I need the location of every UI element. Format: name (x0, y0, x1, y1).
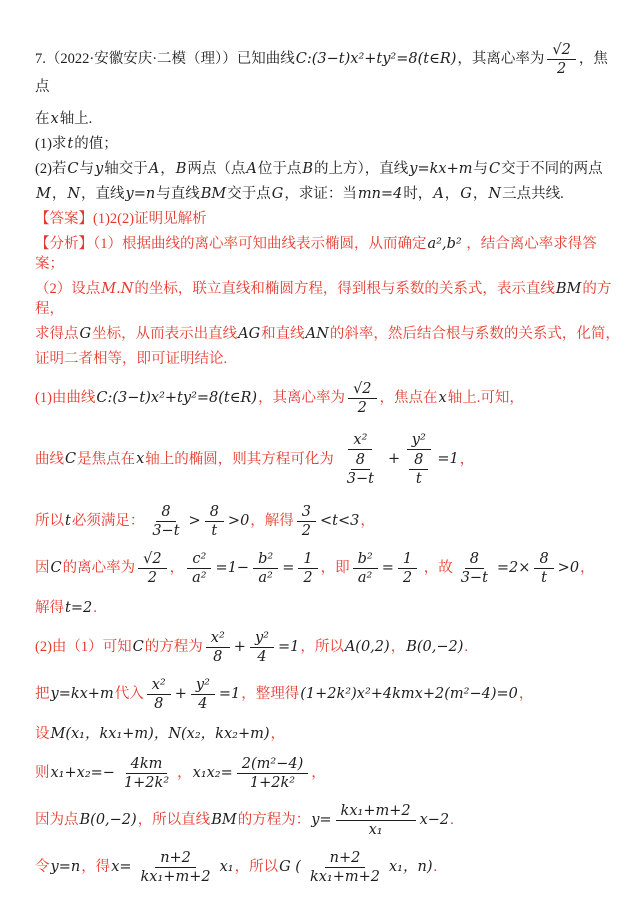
math-text: a² (357, 570, 373, 586)
math-text: C (66, 161, 79, 177)
cjk-text: ， (311, 765, 326, 781)
fraction-numerator: x² (147, 677, 171, 695)
math-text: B (301, 161, 314, 177)
fraction-denominator: 3−t (342, 470, 379, 487)
fraction-numerator: 1 (398, 551, 417, 569)
cjk-text: 把 (35, 686, 50, 702)
fraction: b²a² (253, 551, 278, 586)
cjk-text: 的方程为： (238, 812, 311, 828)
cjk-text: 证明二者相等，即可证明结论. (35, 351, 227, 367)
math-text: B(0,−2) (405, 639, 464, 655)
fraction: √22 (138, 551, 166, 586)
math-text: 2 (357, 400, 368, 416)
document-line-5: M，N，直线y=n与直线BM交于点G，求证：当mn=4时，A，G，N三点共线. (35, 184, 622, 204)
math-text: b² (357, 551, 374, 567)
math-text: BM (200, 186, 228, 202)
math-text: 2 (556, 61, 567, 77)
math-text: =1 (218, 686, 241, 702)
math-text: 1 (302, 551, 313, 567)
fraction: 12 (398, 551, 417, 586)
math-text: a² (191, 570, 207, 586)
math-text: y=kx+m (50, 686, 115, 702)
cjk-text: 的值； (74, 136, 118, 152)
math-text: =1 (277, 639, 300, 655)
fraction-numerator: n+2 (325, 850, 366, 868)
math-text: M.N (100, 281, 134, 297)
cjk-text: ，其离心率为 (258, 390, 345, 406)
fraction-denominator: a² (253, 569, 277, 586)
document-line-16: (2)由（1）可知C的方程为x²8+y²4=1，所以A(0,2)，B(0,−2)… (35, 630, 622, 665)
cjk-text: 在 (35, 111, 50, 127)
math-text: x−2 (419, 812, 451, 828)
cjk-text: 与 (473, 161, 488, 177)
cjk-text: 与直线 (156, 186, 200, 202)
math-text: + (387, 451, 401, 467)
math-text: y=n (125, 186, 157, 202)
fraction-denominator: 2 (298, 569, 317, 586)
cjk-text: ， (460, 451, 475, 467)
math-text: y² (411, 432, 427, 448)
math-text: 3 (301, 504, 312, 520)
math-text: x₁ (368, 822, 384, 838)
cjk-text: 轴上的椭圆，则其方程可化为 (145, 451, 334, 467)
fraction-numerator: b² (253, 551, 278, 569)
cjk-text: 求得点 (35, 326, 79, 342)
fraction-numerator: x² (348, 432, 372, 450)
cjk-text: . (464, 639, 468, 655)
fraction-numerator: 8 (156, 504, 175, 522)
fraction-denominator: 4 (193, 695, 212, 712)
math-text: √2 (142, 551, 162, 567)
fraction: 83−t (147, 504, 184, 539)
cjk-text: ，解得 (250, 513, 294, 529)
math-text: B(0,−2) (79, 812, 138, 828)
math-worksheet-page: 7.（2022·安徽安庆·二模（理））已知曲线C:(3−t)x²+ty²=8(t… (0, 0, 642, 907)
cjk-text: ， (580, 560, 595, 576)
cjk-text: 与 (80, 161, 95, 177)
fraction-denominator: 2 (143, 569, 162, 586)
cjk-text: (1)由曲线 (35, 390, 95, 406)
fraction-numerator: 2(m²−4) (237, 756, 308, 774)
document-line-2: 在x轴上. (35, 109, 622, 129)
fraction-denominator: 4 (252, 648, 271, 665)
math-text: =1 (436, 451, 459, 467)
math-text: 4 (197, 696, 208, 712)
math-text: c² (191, 551, 207, 567)
cjk-text: (2)若 (35, 161, 66, 177)
math-text: 8 (160, 504, 171, 520)
document-line-12: 曲线C是焦点在x轴上的椭圆，则其方程可化为x²83−t+y²8t=1， (35, 432, 622, 488)
cjk-text: 【分析】（1）根据曲线的离心率可知曲线表示椭圆，从而确定 (35, 236, 427, 252)
cjk-text: ， (177, 765, 192, 781)
document-line-20: 因为点B(0,−2)，所以直线BM的方程为：y=kx₁+m+2x₁x−2. (35, 803, 622, 838)
math-text: 3−t (460, 570, 489, 586)
fraction: y²4 (191, 677, 215, 712)
cjk-text: ， (391, 639, 406, 655)
math-text: AN (305, 326, 330, 342)
fraction-denominator: 8 (208, 648, 227, 665)
math-text: x₁+x₂=− (50, 765, 116, 781)
cjk-text: 轴上.可知， (448, 390, 524, 406)
fraction-denominator: 2 (297, 522, 316, 539)
math-text: M(x₁，kx₁+m)，N(x₂，kx₂+m) (50, 726, 271, 742)
math-text: = (281, 560, 295, 576)
math-text: 1+2k² (123, 775, 170, 791)
cjk-text: 的上方），直线 (314, 161, 408, 177)
math-text: t (415, 471, 423, 487)
math-text: √2 (551, 42, 571, 58)
fraction: kx₁+m+2x₁ (336, 803, 416, 838)
math-text: x₁x₂= (192, 765, 234, 781)
cjk-text: 时， (403, 186, 432, 202)
fraction-denominator: t (206, 522, 222, 539)
fraction-denominator: 83−t (337, 450, 384, 488)
cjk-text: 交于点 (227, 186, 271, 202)
math-text: = (381, 560, 395, 576)
cjk-text: ，得 (81, 859, 110, 875)
math-text: BM (210, 812, 238, 828)
cjk-text: ， (170, 560, 185, 576)
document-line-19: 则x₁+x₂=−4km1+2k²，x₁x₂=2(m²−4)1+2k²， (35, 756, 622, 791)
fraction-numerator: 8 (534, 551, 553, 569)
math-text: a² (257, 570, 273, 586)
fraction-numerator: y² (407, 432, 431, 450)
math-text: 3−t (151, 523, 180, 539)
cjk-text: ，直线 (81, 186, 125, 202)
math-text: n+2 (329, 850, 362, 866)
cjk-text: 位于点 (258, 161, 302, 177)
math-text: + (174, 686, 188, 702)
cjk-text: 则 (35, 765, 50, 781)
math-text: n+2 (159, 850, 192, 866)
math-text: kx₁+m+2 (309, 869, 381, 885)
fraction: y²8t (404, 432, 433, 488)
cjk-text: ，故 (420, 560, 453, 576)
math-text: y=kx+m (408, 161, 473, 177)
math-text: 1+2k² (249, 775, 296, 791)
fraction: √22 (547, 42, 575, 77)
math-text: mn=4 (357, 186, 403, 202)
math-text: A (432, 186, 444, 202)
math-text: 8 (209, 504, 220, 520)
fraction-denominator: 3−t (147, 522, 184, 539)
cjk-text: 轴交于 (104, 161, 148, 177)
cjk-text: 令 (35, 859, 50, 875)
math-text: 8 (212, 649, 223, 665)
math-text: 8 (153, 696, 164, 712)
cjk-text: 解得 (35, 600, 64, 616)
cjk-text: 三点共线. (502, 186, 564, 202)
cjk-text: (2)由（1）可知 (35, 639, 132, 655)
math-text: (1+2k²)x²+4kmx+2(m²−4)=0 (299, 686, 519, 702)
document-line-4: (2)若C与y轴交于A，B两点（点A位于点B的上方），直线y=kx+m与C交于不… (35, 159, 622, 179)
fraction-numerator: x² (206, 630, 230, 648)
math-text: >0 (557, 560, 580, 576)
fraction: n+2kx₁+m+2 (305, 850, 385, 885)
math-text: =2× (496, 560, 532, 576)
cjk-text: 曲线 (35, 451, 64, 467)
fraction-numerator: 8 (205, 504, 224, 522)
math-text: A (245, 161, 257, 177)
fraction-denominator: 2 (353, 399, 372, 416)
fraction: y²4 (250, 630, 274, 665)
math-text: AG (237, 326, 261, 342)
cjk-text: 代入 (115, 686, 144, 702)
fraction-denominator: a² (187, 569, 211, 586)
cjk-text: ，所以直线 (138, 812, 211, 828)
cjk-text: 两点（点 (187, 161, 245, 177)
cjk-text: 7.（2022·安徽安庆·二模（理））已知曲线 (35, 51, 295, 67)
cjk-text: ， (360, 513, 375, 529)
math-text: 2(m²−4) (241, 756, 304, 772)
math-text: N (487, 186, 502, 202)
fraction-denominator: t (536, 569, 552, 586)
fraction-numerator: b² (353, 551, 378, 569)
math-text: C (50, 560, 63, 576)
math-text: x= (110, 859, 132, 875)
math-text: x² (352, 432, 368, 448)
math-text: kx₁+m+2 (340, 803, 412, 819)
math-text: x² (151, 677, 167, 693)
cjk-text: ， (473, 186, 488, 202)
math-text: A(0,2) (344, 639, 391, 655)
fraction-numerator: 4km (126, 756, 168, 774)
math-text: 2 (402, 570, 413, 586)
fraction-denominator: 1+2k² (245, 774, 300, 791)
document-line-14: 因C的离心率为√22，c²a²=1−b²a²=12，即b²a²=12 ，故83−… (35, 551, 622, 586)
math-text: y² (195, 677, 211, 693)
math-text: x₁ (219, 859, 235, 875)
document-line-17: 把y=kx+m代入x²8+y²4=1，整理得(1+2k²)x²+4kmx+2(m… (35, 677, 622, 712)
fraction-numerator: c² (187, 551, 211, 569)
math-text: 8 (413, 452, 424, 468)
fraction-numerator: y² (191, 677, 215, 695)
fraction-numerator: n+2 (155, 850, 196, 868)
math-text: b² (257, 551, 274, 567)
fraction: c²a² (187, 551, 211, 586)
math-text: M (35, 186, 52, 202)
math-text: x (135, 451, 145, 467)
math-text: 3−t (346, 471, 375, 487)
math-text: y² (254, 630, 270, 646)
cjk-text: 因 (35, 560, 50, 576)
cjk-text: 因为点 (35, 812, 79, 828)
cjk-text: ，所以 (300, 639, 344, 655)
cjk-text: 必须满足： (72, 513, 145, 529)
math-text: 2 (147, 570, 158, 586)
cjk-text: . (450, 812, 454, 828)
document-line-3: (1)求t的值； (35, 134, 622, 154)
math-text: 8 (355, 452, 366, 468)
math-text: + (233, 639, 247, 655)
cjk-text: ，其离心率为 (457, 51, 544, 67)
cjk-text: ， (519, 686, 534, 702)
fraction-denominator: x₁ (364, 821, 388, 838)
cjk-text: 和直线 (261, 326, 305, 342)
document-line-18: 设M(x₁，kx₁+m)，N(x₂，kx₂+m)， (35, 724, 622, 744)
math-text: t (540, 570, 548, 586)
math-text: <t<3 (319, 513, 360, 529)
cjk-text: 所以 (35, 513, 64, 529)
cjk-text: 的斜率，然后结合根与系数的关系式，化简， (330, 326, 620, 342)
math-text: 4 (256, 649, 267, 665)
math-text: y (94, 161, 104, 177)
fraction: 8t (534, 551, 553, 586)
math-text: y=n (50, 859, 82, 875)
math-text: G (79, 326, 93, 342)
math-text: C:(3−t)x²+ty²=8(t∈R) (295, 51, 458, 67)
fraction-denominator: 2 (398, 569, 417, 586)
fraction: b²a² (353, 551, 378, 586)
math-text: C:(3−t)x²+ty²=8(t∈R) (95, 390, 258, 406)
math-text: 4km (130, 756, 164, 772)
math-text: a²,b² (427, 236, 463, 252)
cjk-text: ，求证：当 (284, 186, 357, 202)
fraction-numerator: √2 (547, 42, 575, 60)
math-text: B (175, 161, 188, 177)
fraction: 8t (205, 504, 224, 539)
math-text: > (188, 513, 202, 529)
fraction-numerator: 8 (409, 452, 428, 470)
document-line-8: （2）设点M.N的坐标，联立直线和椭圆方程，得到根与系数的关系式，表示直线BM的… (35, 279, 622, 319)
cjk-text: 轴上. (60, 111, 93, 127)
math-text: y= (310, 812, 332, 828)
fraction-numerator: √2 (348, 381, 376, 399)
cjk-text: 的离心率为 (63, 560, 136, 576)
math-text: G ( (278, 859, 302, 875)
fraction-denominator: 8 (149, 695, 168, 712)
document-line-10: 证明二者相等，即可证明结论. (35, 349, 622, 369)
math-text: kx₁+m+2 (140, 869, 212, 885)
fraction: 83−t (342, 452, 379, 487)
math-text: >0 (227, 513, 250, 529)
math-text: 2 (302, 570, 313, 586)
fraction: x²8 (206, 630, 230, 665)
math-text: √2 (352, 381, 372, 397)
fraction-denominator: kx₁+m+2 (305, 868, 385, 885)
cjk-text: ，即 (321, 560, 350, 576)
math-text: =1− (215, 560, 251, 576)
document-line-1: 7.（2022·安徽安庆·二模（理））已知曲线C:(3−t)x²+ty²=8(t… (35, 42, 622, 97)
document-line-11: (1)由曲线C:(3−t)x²+ty²=8(t∈R)，其离心率为√22，焦点在x… (35, 381, 622, 416)
fraction: 32 (297, 504, 316, 539)
math-text: C (132, 639, 145, 655)
math-text: 1 (402, 551, 413, 567)
fraction: 12 (298, 551, 317, 586)
math-text: t (210, 523, 218, 539)
cjk-text: ，所以 (235, 859, 279, 875)
document-body: 7.（2022·安徽安庆·二模（理））已知曲线C:(3−t)x²+ty²=8(t… (35, 42, 622, 885)
fraction-denominator: a² (353, 569, 377, 586)
cjk-text: ， (271, 726, 286, 742)
cjk-text: 的方程为 (145, 639, 203, 655)
math-text: x (50, 111, 60, 127)
cjk-text: ， (445, 186, 460, 202)
fraction-numerator: y² (250, 630, 274, 648)
cjk-text: 设 (35, 726, 50, 742)
fraction-denominator: kx₁+m+2 (136, 868, 216, 885)
fraction-numerator: kx₁+m+2 (336, 803, 416, 821)
fraction: 2(m²−4)1+2k² (237, 756, 308, 791)
cjk-text: 的坐标，联立直线和椭圆方程，得到根与系数的关系式，表示直线 (134, 281, 555, 297)
cjk-text: ， (52, 186, 67, 202)
fraction-denominator: 8t (404, 450, 433, 488)
fraction-denominator: t (411, 470, 427, 487)
cjk-text: ， (160, 161, 175, 177)
fraction: 83−t (456, 551, 493, 586)
document-line-6: 【答案】(1)2(2)证明见解析 (35, 209, 622, 229)
math-text: t=2 (64, 600, 93, 616)
cjk-text: (1)求 (35, 136, 66, 152)
document-line-15: 解得t=2. (35, 598, 622, 618)
math-text: A (148, 161, 160, 177)
fraction-denominator: 1+2k² (119, 774, 174, 791)
document-line-7: 【分析】（1）根据曲线的离心率可知曲线表示椭圆，从而确定a²,b² ，结合离心率… (35, 234, 622, 274)
cjk-text: 坐标，从而表示出直线 (92, 326, 237, 342)
fraction: x²8 (147, 677, 171, 712)
math-text: t (64, 513, 72, 529)
math-text: 8 (538, 551, 549, 567)
fraction-numerator: 1 (298, 551, 317, 569)
cjk-text: 【答案】(1)2(2)证明见解析 (35, 211, 207, 227)
fraction-denominator: 3−t (456, 569, 493, 586)
cjk-text: . (434, 859, 438, 875)
fraction-denominator: 2 (552, 60, 571, 77)
fraction: 8t (409, 452, 428, 487)
document-line-13: 所以t必须满足：83−t>8t>0，解得32<t<3， (35, 504, 622, 539)
math-text: x² (210, 630, 226, 646)
fraction: 4km1+2k² (119, 756, 174, 791)
math-text: N (66, 186, 81, 202)
fraction-numerator: √2 (138, 551, 166, 569)
math-text: C (64, 451, 77, 467)
cjk-text: ，焦点在 (380, 390, 438, 406)
math-text: G (459, 186, 473, 202)
fraction: x²83−t (337, 432, 384, 488)
cjk-text: 交于不同的两点 (501, 161, 603, 177)
fraction: n+2kx₁+m+2 (136, 850, 216, 885)
math-text: C (488, 161, 501, 177)
cjk-text: （2）设点 (35, 281, 100, 297)
cjk-text: 是焦点在 (77, 451, 135, 467)
fraction: √22 (348, 381, 376, 416)
math-text: BM (555, 281, 583, 297)
document-line-9: 求得点G坐标，从而表示出直线AG和直线AN的斜率，然后结合根与系数的关系式，化简… (35, 324, 622, 344)
fraction-numerator: 3 (297, 504, 316, 522)
math-text: G (271, 186, 285, 202)
math-text: 8 (469, 551, 480, 567)
math-text: 2 (301, 523, 312, 539)
cjk-text: ，整理得 (241, 686, 299, 702)
cjk-text: . (93, 600, 97, 616)
document-line-21: 令y=n，得x=n+2kx₁+m+2x₁，所以G (n+2kx₁+m+2x₁，n… (35, 850, 622, 885)
fraction-numerator: 8 (351, 452, 370, 470)
fraction-numerator: 8 (465, 551, 484, 569)
math-text: x₁，n) (388, 859, 434, 875)
math-text: x (438, 390, 448, 406)
